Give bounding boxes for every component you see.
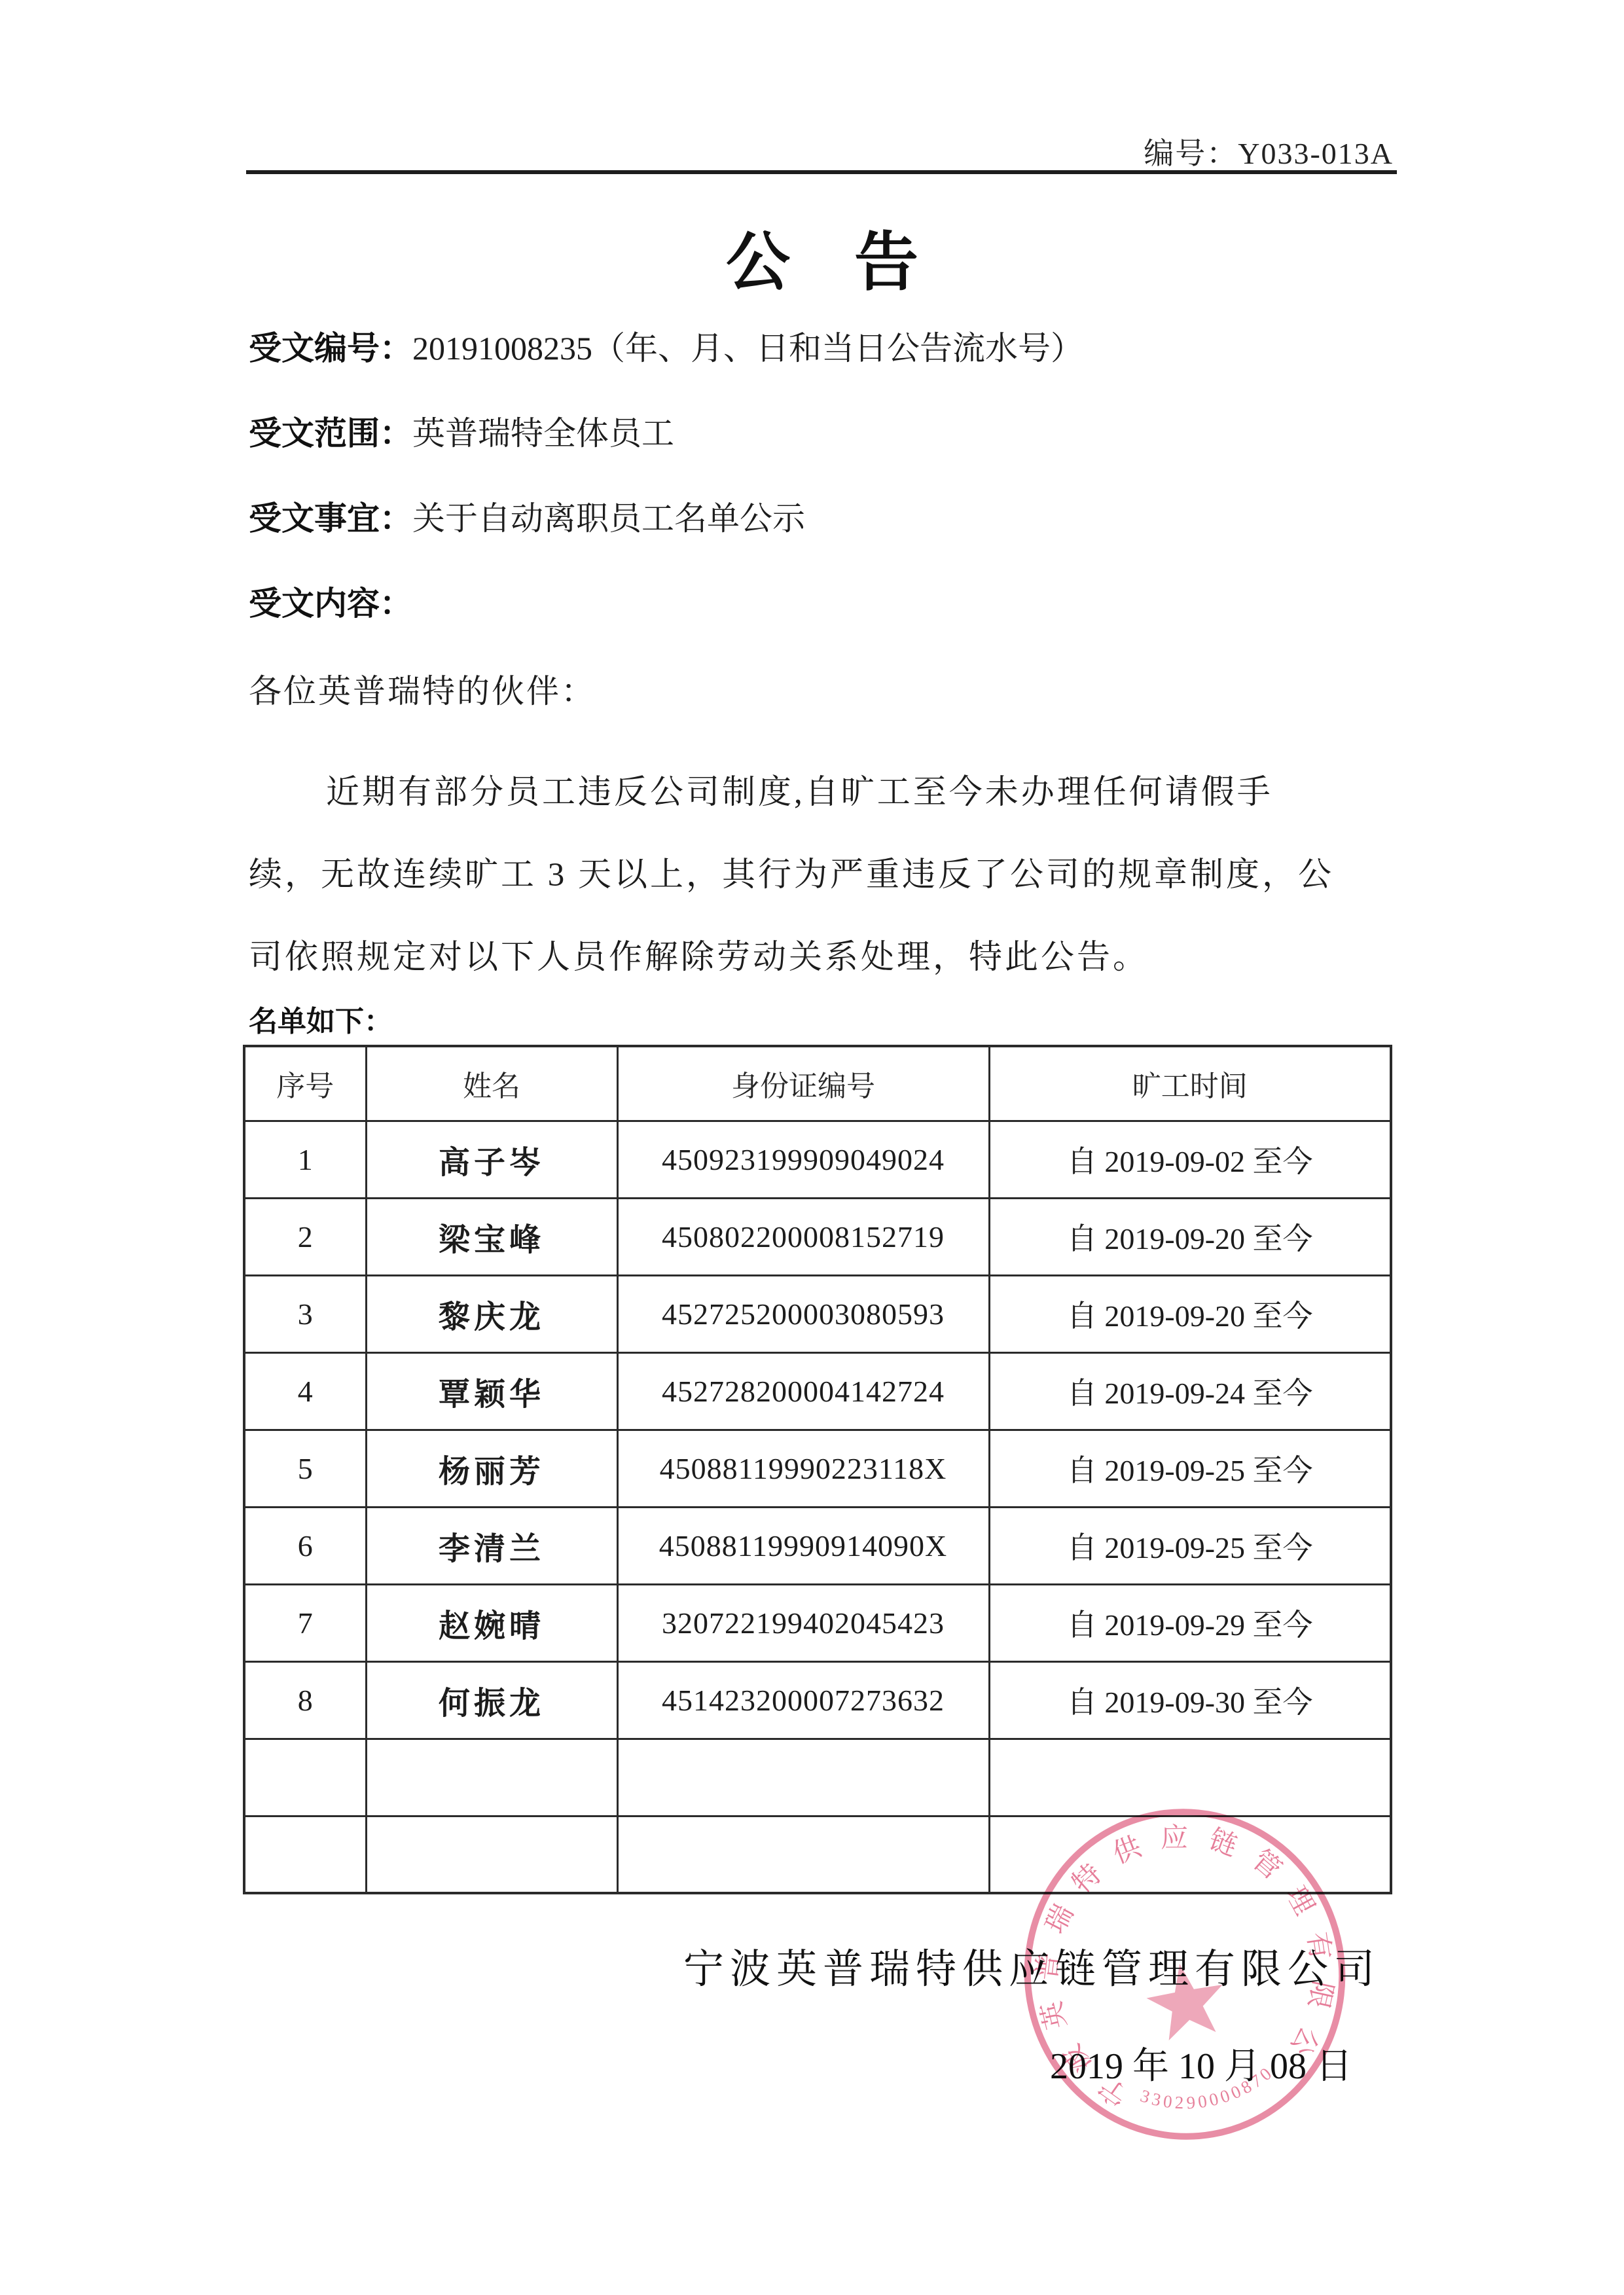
- body-paragraph: 近期有部分员工违反公司制度,自旷工至今未办理任何请假手 续，无故连续旷工 3 天…: [249, 751, 1398, 999]
- cell-index: 2: [244, 1198, 366, 1275]
- seal-star-icon: [1142, 1957, 1230, 2043]
- meta-line-doc-id: 受文编号：20191008235（年、月、日和当日公告流水号）: [249, 322, 1083, 369]
- cell-name: [366, 1816, 617, 1893]
- cell-name: [366, 1739, 617, 1816]
- cell-index: [244, 1739, 366, 1816]
- cell-id-number: 451423200007273632: [617, 1661, 989, 1739]
- cell-index: 6: [244, 1507, 366, 1584]
- salutation: 各位英普瑞特的伙伴：: [249, 665, 596, 712]
- cell-name: 覃颖华: [366, 1352, 617, 1430]
- paragraph-line: 司依照规定对以下人员作解除劳动关系处理，特此公告。: [249, 916, 1398, 999]
- cell-id-number: 45088119990914090X: [617, 1507, 989, 1584]
- table-header-row: 序号 姓名 身份证编号 旷工时间: [244, 1046, 1391, 1121]
- meta-label: 受文内容：: [249, 585, 412, 622]
- col-header-absence-period: 旷工时间: [989, 1046, 1391, 1121]
- company-seal-stamp: 宁波英普瑞特供应链管理有限公司 3302900008708: [994, 1779, 1376, 2171]
- table-row: 3 黎庆龙 452725200003080593 自 2019-09-20 至今: [244, 1275, 1391, 1352]
- table-row: 2 梁宝峰 450802200008152719 自 2019-09-20 至今: [244, 1198, 1391, 1275]
- cell-absence-period: 自 2019-09-30 至今: [989, 1661, 1391, 1739]
- table-row: 7 赵婉晴 320722199402045423 自 2019-09-29 至今: [244, 1584, 1391, 1661]
- cell-name: 赵婉晴: [366, 1584, 617, 1661]
- meta-line-content: 受文内容：: [249, 577, 412, 624]
- cell-absence-period: 自 2019-09-25 至今: [989, 1507, 1391, 1584]
- cell-id-number: 452728200004142724: [617, 1352, 989, 1430]
- table-row: 4 覃颖华 452728200004142724 自 2019-09-24 至今: [244, 1352, 1391, 1430]
- cell-id-number: [617, 1816, 989, 1893]
- cell-id-number: 45088119990223118X: [617, 1430, 989, 1507]
- header-rule: [246, 170, 1397, 174]
- employee-table: 序号 姓名 身份证编号 旷工时间 1 高子岑 45092319990904902…: [243, 1045, 1392, 1894]
- cell-index: 7: [244, 1584, 366, 1661]
- col-header-name: 姓名: [366, 1046, 617, 1121]
- col-header-index: 序号: [244, 1046, 366, 1121]
- doc-number: 编号：Y033-013A: [1144, 130, 1394, 173]
- meta-label: 受文编号：: [249, 330, 412, 367]
- cell-name: 何振龙: [366, 1661, 617, 1739]
- meta-label: 受文范围：: [249, 415, 412, 452]
- cell-id-number: 320722199402045423: [617, 1584, 989, 1661]
- table-row: 6 李清兰 45088119990914090X 自 2019-09-25 至今: [244, 1507, 1391, 1584]
- meta-line-scope: 受文范围：英普瑞特全体员工: [249, 407, 674, 454]
- meta-value: 英普瑞特全体员工: [412, 415, 674, 452]
- meta-value: 20191008235（年、月、日和当日公告流水号）: [412, 330, 1083, 367]
- document-page: 编号：Y033-013A 公 告 受文编号：20191008235（年、月、日和…: [0, 0, 1624, 2295]
- meta-value: 关于自动离职员工名单公示: [412, 500, 805, 537]
- cell-index: 8: [244, 1661, 366, 1739]
- seal-ring-text: 宁波英普瑞特供应链管理有限公司: [994, 1779, 1356, 2128]
- page-title: 公 告: [249, 211, 1396, 303]
- cell-name: 黎庆龙: [366, 1275, 617, 1352]
- cell-id-number: 450923199909049024: [617, 1121, 989, 1198]
- cell-id-number: 450802200008152719: [617, 1198, 989, 1275]
- cell-absence-period: 自 2019-09-02 至今: [989, 1121, 1391, 1198]
- cell-absence-period: 自 2019-09-20 至今: [989, 1275, 1391, 1352]
- cell-index: [244, 1816, 366, 1893]
- table-row: 8 何振龙 451423200007273632 自 2019-09-30 至今: [244, 1661, 1391, 1739]
- cell-absence-period: 自 2019-09-24 至今: [989, 1352, 1391, 1430]
- cell-absence-period: 自 2019-09-29 至今: [989, 1584, 1391, 1661]
- table-row: 5 杨丽芳 45088119990223118X 自 2019-09-25 至今: [244, 1430, 1391, 1507]
- cell-name: 李清兰: [366, 1507, 617, 1584]
- col-header-id-number: 身份证编号: [617, 1046, 989, 1121]
- cell-name: 杨丽芳: [366, 1430, 617, 1507]
- employee-table-header: 序号 姓名 身份证编号 旷工时间: [244, 1046, 1391, 1121]
- cell-id-number: 452725200003080593: [617, 1275, 989, 1352]
- cell-id-number: [617, 1739, 989, 1816]
- paragraph-line: 续，无故连续旷工 3 天以上，其行为严重违反了公司的规章制度，公: [249, 834, 1398, 916]
- cell-absence-period: 自 2019-09-20 至今: [989, 1198, 1391, 1275]
- meta-line-subject: 受文事宜：关于自动离职员工名单公示: [249, 492, 805, 539]
- table-row: 1 高子岑 450923199909049024 自 2019-09-02 至今: [244, 1121, 1391, 1198]
- employee-table-body: 1 高子岑 450923199909049024 自 2019-09-02 至今…: [244, 1121, 1391, 1893]
- cell-index: 1: [244, 1121, 366, 1198]
- cell-absence-period: 自 2019-09-25 至今: [989, 1430, 1391, 1507]
- list-intro: 名单如下：: [249, 998, 393, 1039]
- cell-index: 4: [244, 1352, 366, 1430]
- paragraph-line: 近期有部分员工违反公司制度,自旷工至今未办理任何请假手: [249, 751, 1398, 834]
- cell-name: 高子岑: [366, 1121, 617, 1198]
- cell-name: 梁宝峰: [366, 1198, 617, 1275]
- meta-label: 受文事宜：: [249, 500, 412, 537]
- cell-index: 5: [244, 1430, 366, 1507]
- cell-index: 3: [244, 1275, 366, 1352]
